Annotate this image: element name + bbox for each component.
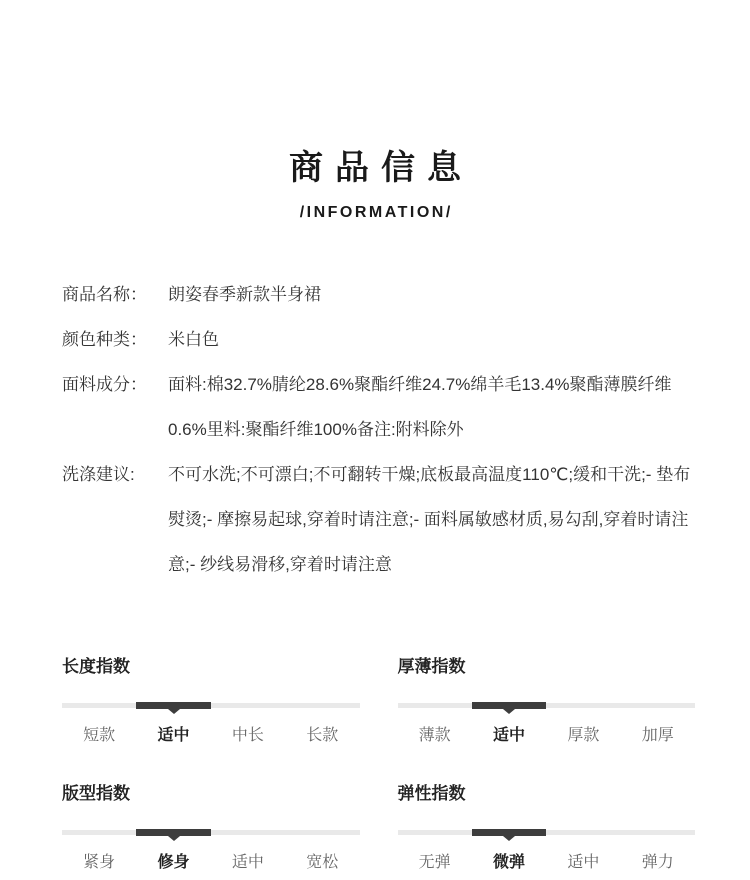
- slider-active-segment: [136, 702, 210, 709]
- length-slider-track: [62, 703, 360, 708]
- index-title: 厚薄指数: [398, 657, 696, 677]
- thickness-slider-track: [398, 703, 696, 708]
- detail-value: 面料:棉32.7%腈纶28.6%聚酯纤维24.7%绵羊毛13.4%聚酯薄膜纤维0…: [168, 362, 698, 452]
- slider-active-segment: [472, 702, 546, 709]
- option-label: 薄款: [398, 726, 472, 746]
- index-section-fit: 版型指数 紧身 修身 适中 宽松: [62, 784, 360, 873]
- index-grid: 长度指数 短款 适中 中长 长款 厚薄指数 薄款 适中 厚款 加厚: [62, 657, 695, 873]
- option-label: 长款: [285, 726, 359, 746]
- slider-active-segment: [472, 829, 546, 836]
- product-info-page: 商品信息 /INFORMATION/ 商品名称： 朗姿春季新款半身裙 颜色种类：…: [0, 0, 750, 880]
- option-label: 无弹: [398, 853, 472, 873]
- detail-label: 商品名称：: [62, 272, 168, 317]
- detail-row-product-name: 商品名称： 朗姿春季新款半身裙: [62, 272, 698, 317]
- option-label: 微弹: [472, 853, 546, 873]
- detail-value: 不可水洗;不可漂白;不可翻转干燥;底板最高温度110℃;缓和干洗;- 垫布熨烫;…: [168, 452, 698, 587]
- product-details: 商品名称： 朗姿春季新款半身裙 颜色种类： 米白色 面料成分： 面料:棉32.7…: [62, 272, 698, 587]
- option-label: 适中: [546, 853, 620, 873]
- detail-value: 米白色: [168, 317, 698, 362]
- option-label: 厚款: [546, 726, 620, 746]
- option-label: 弹力: [621, 853, 695, 873]
- detail-label: 面料成分：: [62, 362, 168, 452]
- detail-row-fabric: 面料成分： 面料:棉32.7%腈纶28.6%聚酯纤维24.7%绵羊毛13.4%聚…: [62, 362, 698, 452]
- index-section-length: 长度指数 短款 适中 中长 长款: [62, 657, 360, 746]
- fit-slider-track: [62, 830, 360, 835]
- index-options: 无弹 微弹 适中 弹力: [398, 853, 696, 873]
- elasticity-slider-track: [398, 830, 696, 835]
- detail-row-color: 颜色种类： 米白色: [62, 317, 698, 362]
- option-label: 适中: [211, 853, 285, 873]
- option-label: 宽松: [285, 853, 359, 873]
- detail-value: 朗姿春季新款半身裙: [168, 272, 698, 317]
- index-options: 短款 适中 中长 长款: [62, 726, 360, 746]
- page-header: 商品信息 /INFORMATION/: [0, 0, 750, 222]
- option-label: 中长: [211, 726, 285, 746]
- index-title: 版型指数: [62, 784, 360, 804]
- index-options: 薄款 适中 厚款 加厚: [398, 726, 696, 746]
- option-label: 紧身: [62, 853, 136, 873]
- page-title: 商品信息: [0, 148, 750, 188]
- option-label: 修身: [136, 853, 210, 873]
- detail-label: 颜色种类：: [62, 317, 168, 362]
- index-title: 弹性指数: [398, 784, 696, 804]
- detail-label: 洗涤建议:: [62, 452, 168, 587]
- option-label: 适中: [472, 726, 546, 746]
- detail-row-washing: 洗涤建议: 不可水洗;不可漂白;不可翻转干燥;底板最高温度110℃;缓和干洗;-…: [62, 452, 698, 587]
- index-options: 紧身 修身 适中 宽松: [62, 853, 360, 873]
- option-label: 适中: [136, 726, 210, 746]
- option-label: 加厚: [621, 726, 695, 746]
- page-subtitle: /INFORMATION/: [0, 204, 750, 222]
- index-title: 长度指数: [62, 657, 360, 677]
- index-section-elasticity: 弹性指数 无弹 微弹 适中 弹力: [398, 784, 696, 873]
- index-section-thickness: 厚薄指数 薄款 适中 厚款 加厚: [398, 657, 696, 746]
- slider-active-segment: [136, 829, 210, 836]
- option-label: 短款: [62, 726, 136, 746]
